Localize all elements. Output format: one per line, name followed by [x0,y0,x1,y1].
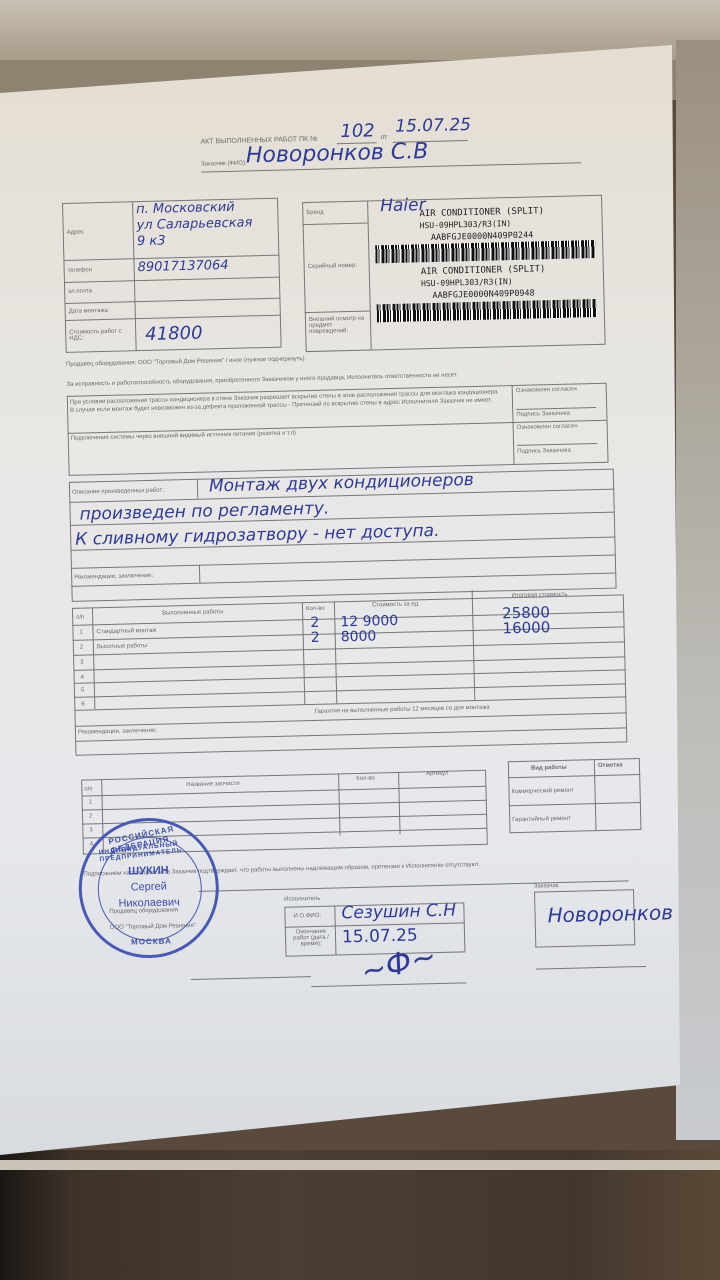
work-type-header: Вид работы [531,765,567,772]
address-line-3: 9 к3 [137,233,166,249]
address-line-2: ул Саларьевская [136,215,252,233]
works-header-n: п/п [76,615,84,621]
works-row-number: 6 [81,702,84,708]
parts-header-article: Артикул [426,771,449,778]
inspection-label: Внешний осмотр на предмет повреждений: [309,316,367,335]
background-rim [0,1160,720,1170]
works-row-qty: 2 [311,630,320,646]
background-right [676,40,720,1140]
parts-row-number: 1 [89,799,92,805]
parts-header-n: п/п [84,786,92,792]
act-number: 102 [340,120,375,142]
parts-row-number: 2 [89,813,92,819]
works-row-total: 16000 [502,618,550,637]
seller-line: Продавец оборудования: ООО "Торговый Дом… [66,356,305,368]
parts-row-number: 3 [89,827,92,833]
executor-name-label: И.О.ФИО: [293,913,321,920]
works-header-price: Стоимость за ед. [372,601,420,608]
act-date: 15.07.25 [395,115,471,137]
address-line-1: п. Московский [136,200,235,217]
works-row-number: 5 [81,688,84,694]
works-row-number: 1 [79,630,82,636]
works-row-name: Высотные работы [97,643,147,650]
email-label: эл.почта [68,288,92,295]
phone-label: телефон [68,267,92,274]
phone-value: 89017137064 [137,258,228,275]
customer-name: Новоронков С.В [246,139,429,168]
executor-name-value: Сезушин С.Н [341,901,456,924]
commercial-mark-cell[interactable] [598,780,636,799]
install-date-label: Дата монтажа [69,308,108,315]
customer-signature: Новоронков [547,900,673,927]
cost-label: Стоимость работ с НДС: [69,328,129,341]
executor-label: Исполнитель [284,896,321,903]
brand-label: Бренд [306,210,324,216]
address-label: Адрес [67,229,84,235]
customer-sign-label: Заказчик [534,883,559,890]
mark-header: Отметка [598,762,623,769]
company-stamp: РОССИЙСКАЯ ФЕДЕРАЦИЯ ИНДИВИДУАЛЬНЫЙ ПРЕД… [77,816,220,959]
cost-value: 41800 [145,323,203,345]
works-row-number: 3 [80,660,83,666]
warranty-mark-cell[interactable] [599,806,637,827]
works-header-qty: Кол-во [306,606,325,612]
parts-header-qty: Кол-во [356,776,375,782]
act-document: АКТ ВЫПОЛНЕННЫХ РАБОТ ПК № 102 от 15.07.… [60,106,662,1040]
works-row-qty: 2 [310,615,319,631]
works-row-number: 4 [81,675,84,681]
works-row-number: 2 [80,645,83,651]
end-date-label: Окончание работ (дата / время): [290,929,332,948]
works-row-price: 8000 [341,628,377,645]
customer-label: Заказчик (ФИО): [201,160,247,167]
